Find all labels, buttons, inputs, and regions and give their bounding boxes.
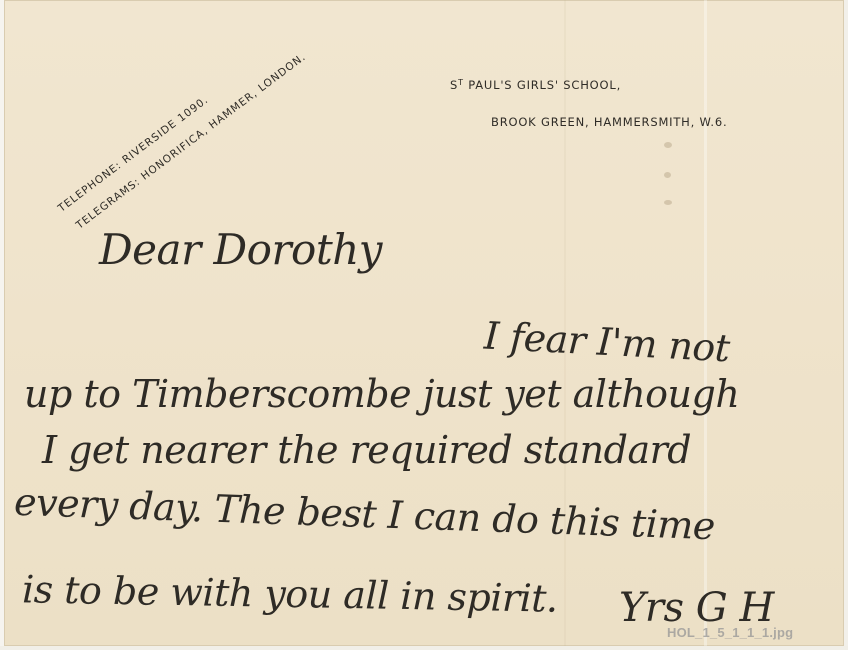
scan-right-edge [844,0,848,650]
letter-line: every day. The best I can do this time [13,480,715,548]
letter-line: I fear I'm not [483,314,731,371]
letterhead-telephone: TELEPHONE: RIVERSIDE 1090. [56,94,211,215]
paper-crease [704,0,707,646]
letterhead-address: BROOK GREEN, HAMMERSMITH, W.6. [491,115,727,129]
school-name-text: PAUL'S GIRLS' SCHOOL, [464,78,621,92]
filename-watermark: HOL_1_5_1_1_1.jpg [667,625,793,640]
letter-card: TELEPHONE: RIVERSIDE 1090. TELEGRAMS: HO… [4,0,844,646]
letter-line: up to Timberscombe just yet although [24,372,739,416]
letterhead-telegrams: TELEGRAMS: HONORIFICA, HAMMER, LONDON. [74,51,308,232]
paper-spot [664,172,671,178]
scan-bottom-edge [0,646,848,650]
letter-salutation: Dear Dorothy [99,225,382,274]
school-prefix: S [450,78,458,92]
letter-line: I get nearer the required standard [42,428,691,472]
paper-spot [664,200,672,205]
letter-line: is to be with you all in spirit. [22,567,558,620]
paper-spot [664,142,672,148]
letterhead-school-name: ST PAUL'S GIRLS' SCHOOL, [450,78,621,92]
